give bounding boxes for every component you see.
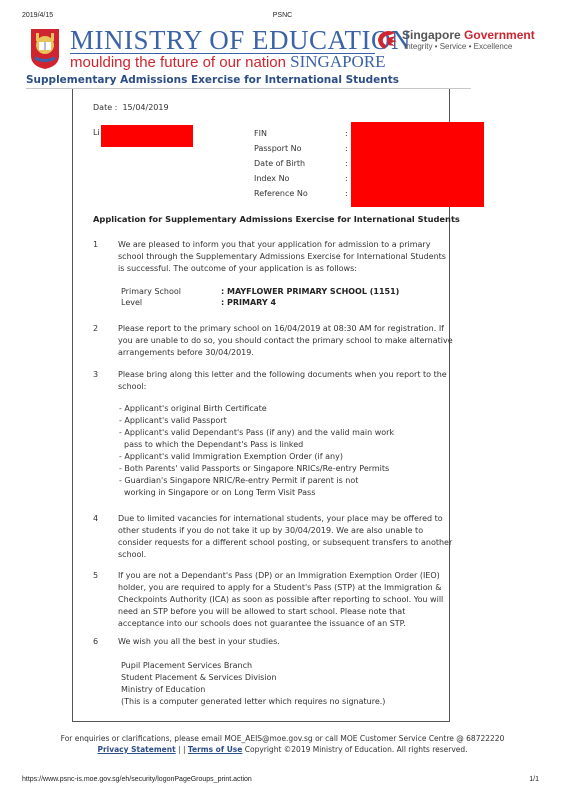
school-value: : MAYFLOWER PRIMARY SCHOOL (1151) — [221, 287, 399, 296]
paragraph-text: If you are not a Dependant's Pass (DP) o… — [118, 570, 453, 630]
redacted-personal-details — [351, 122, 484, 207]
passport-colon: : — [345, 143, 348, 155]
document-item-continued: working in Singapore or on Long Term Vis… — [119, 487, 394, 499]
enquiries-text: For enquiries or clarifications, please … — [0, 733, 565, 744]
paragraph-number: 1 — [93, 239, 98, 251]
print-url: https://www.psnc-is.moe.gov.sg/eh/securi… — [22, 776, 252, 783]
signature-ministry: Ministry of Education — [121, 684, 385, 696]
dob-colon: : — [345, 158, 348, 170]
print-page-number: 1/1 — [529, 776, 539, 783]
paragraph-text: Due to limited vacancies for internation… — [118, 513, 453, 561]
fin-colon: : — [345, 128, 348, 140]
moe-title: MINISTRY OF EDUCATION — [70, 26, 411, 54]
document-item: - Guardian's Singapore NRIC/Re-entry Per… — [119, 475, 394, 487]
print-title: PSNC — [0, 12, 565, 19]
index-colon: : — [345, 173, 348, 185]
paragraph-text: We are pleased to inform you that your a… — [118, 239, 453, 275]
name-prefix: Li — [93, 127, 100, 139]
date-value: 15/04/2019 — [122, 103, 168, 112]
paragraph-text: We wish you all the best in your studies… — [118, 636, 453, 648]
moe-banner: MINISTRY OF EDUCATION moulding the futur… — [26, 26, 546, 76]
paragraph-3: 3 Please bring along this letter and the… — [93, 369, 453, 397]
paragraph-1: 1 We are pleased to inform you that your… — [93, 239, 453, 279]
privacy-statement-link[interactable]: Privacy Statement — [97, 745, 175, 754]
paragraph-text: Please bring along this letter and the f… — [118, 369, 453, 393]
sg-gov-government: Government — [464, 28, 535, 42]
document-item: - Applicant's valid Immigration Exemptio… — [119, 451, 394, 463]
reference-colon: : — [345, 188, 348, 200]
signature-branch: Pupil Placement Services Branch — [121, 660, 385, 672]
footer-links: Privacy Statement | | Terms of Use Copyr… — [0, 744, 565, 755]
required-documents-list: - Applicant's original Birth Certificate… — [119, 403, 394, 499]
letter-date: Date : 15/04/2019 — [93, 102, 169, 114]
signature-division: Student Placement & Services Division — [121, 672, 385, 684]
outcome-level: Level: PRIMARY 4 — [121, 297, 276, 309]
letter-subject: Application for Supplementary Admissions… — [93, 213, 460, 225]
level-label: Level — [121, 297, 221, 309]
document-item: - Applicant's valid Passport — [119, 415, 394, 427]
document-item: - Applicant's valid Dependant's Pass (if… — [119, 427, 394, 439]
paragraph-2: 2 Please report to the primary school on… — [93, 323, 453, 363]
sg-government-logo: Singapore Government — [402, 29, 535, 42]
terms-of-use-link[interactable]: Terms of Use — [188, 745, 242, 754]
paragraph-4: 4 Due to limited vacancies for internati… — [93, 513, 453, 563]
signature-note: (This is a computer generated letter whi… — [121, 696, 385, 708]
copyright-text: Copyright ©2019 Ministry of Education. A… — [242, 745, 467, 754]
paragraph-5: 5 If you are not a Dependant's Pass (DP)… — [93, 570, 453, 632]
index-label: Index No — [254, 173, 289, 185]
moe-tagline: moulding the future of our nation SINGAP… — [70, 53, 386, 72]
moe-tagline-text: moulding the future of our nation — [70, 54, 286, 71]
moe-crest-icon — [30, 28, 60, 70]
sg-gov-singapore: Singapore — [402, 28, 461, 42]
document-item-continued: pass to which the Dependant's Pass is li… — [119, 439, 394, 451]
signature-block: Pupil Placement Services Branch Student … — [121, 660, 385, 708]
paragraph-number: 3 — [93, 369, 98, 381]
paragraph-number: 5 — [93, 570, 98, 582]
paragraph-number: 4 — [93, 513, 98, 525]
moe-singapore: SINGAPORE — [290, 52, 385, 71]
page-heading: Supplementary Admissions Exercise for In… — [26, 74, 399, 86]
footer-separator: | | — [176, 745, 188, 754]
dob-label: Date of Birth — [254, 158, 305, 170]
sg-gov-motto: Integrity • Service • Excellence — [404, 42, 512, 51]
page-footer: For enquiries or clarifications, please … — [0, 733, 565, 755]
paragraph-number: 6 — [93, 636, 98, 648]
document-item: - Applicant's original Birth Certificate — [119, 403, 394, 415]
passport-label: Passport No — [254, 143, 302, 155]
level-value: : PRIMARY 4 — [221, 298, 276, 307]
lion-head-icon — [376, 30, 398, 50]
paragraph-number: 2 — [93, 323, 98, 335]
document-item: - Both Parents' valid Passports or Singa… — [119, 463, 394, 475]
admission-letter: Date : 15/04/2019 Li FIN Passport No Dat… — [72, 89, 450, 722]
fin-label: FIN — [254, 128, 267, 140]
redacted-name — [101, 125, 193, 147]
paragraph-text: Please report to the primary school on 1… — [118, 323, 453, 359]
paragraph-6: 6 We wish you all the best in your studi… — [93, 636, 453, 650]
date-label: Date : — [93, 103, 117, 112]
reference-label: Reference No — [254, 188, 308, 200]
